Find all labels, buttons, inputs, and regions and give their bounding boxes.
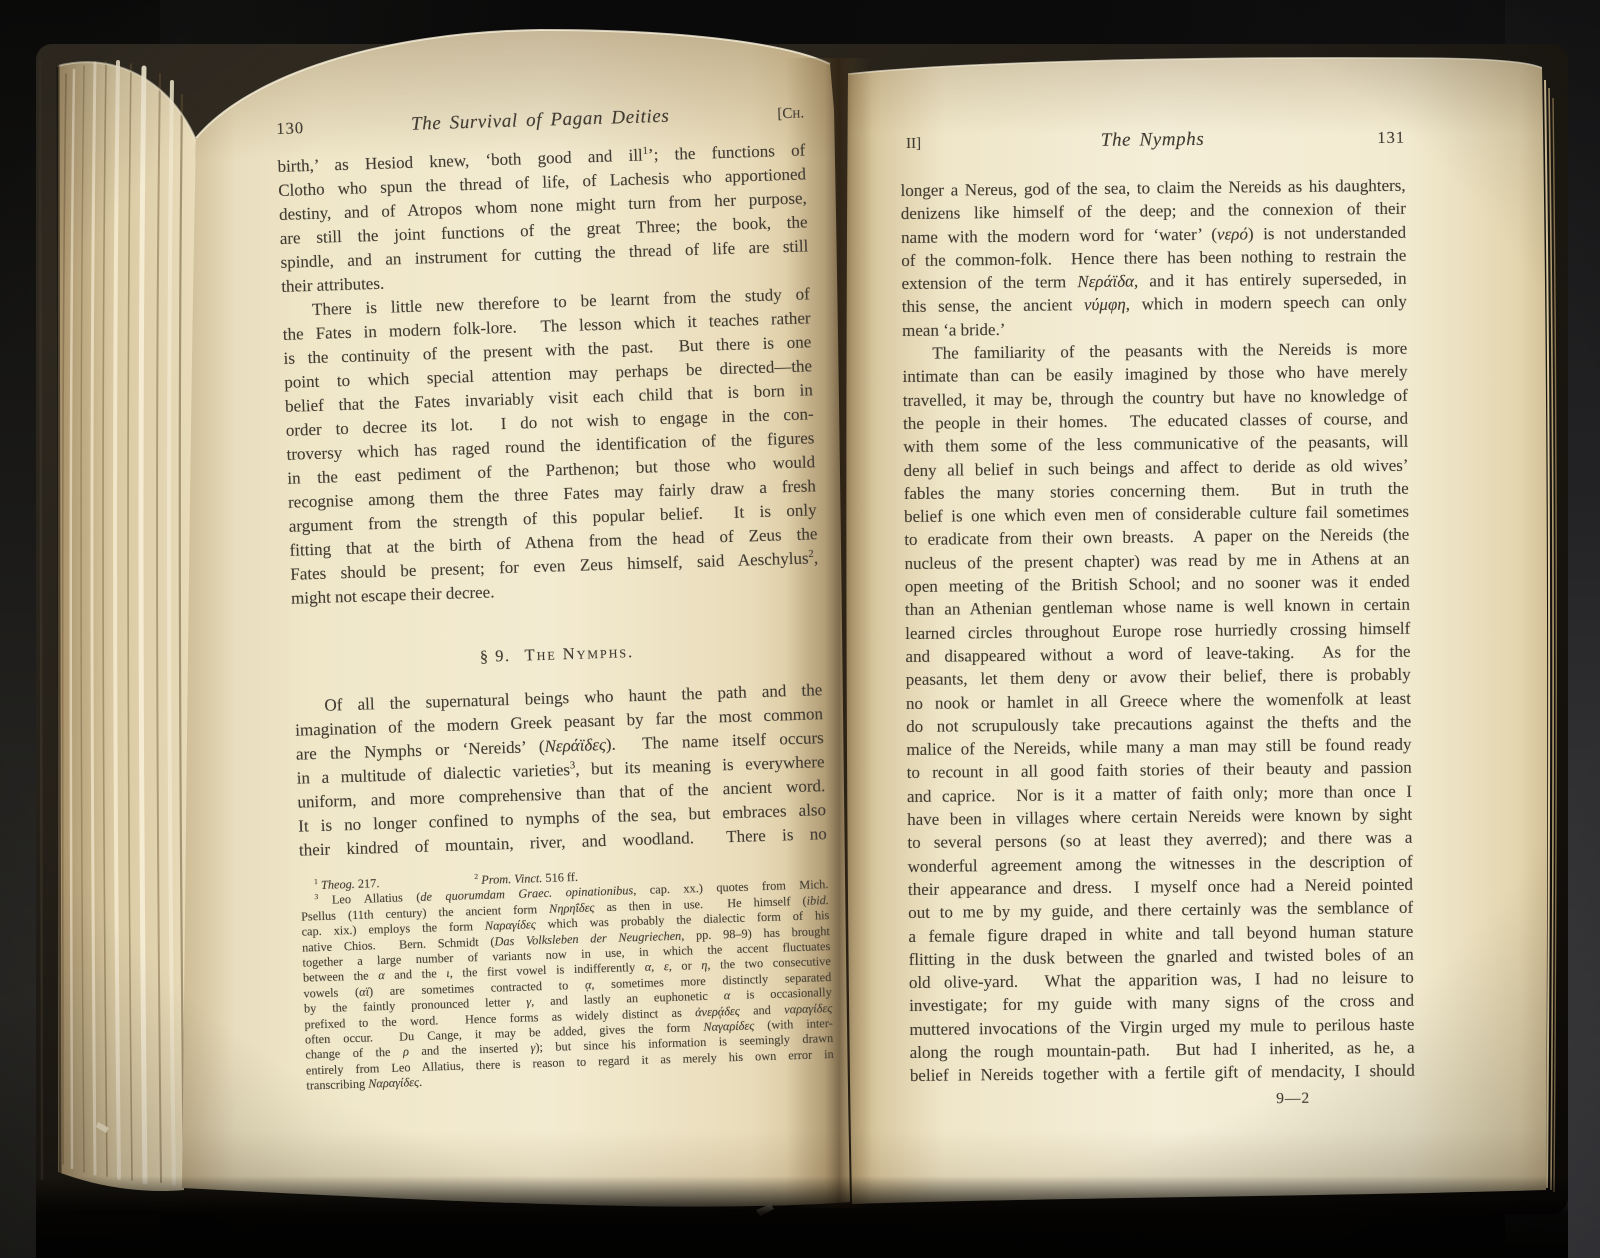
running-title: The Nymphs	[1101, 129, 1205, 152]
page-number: 131	[1377, 127, 1405, 149]
right-page: II] The Nymphs 131 longer a Nereus, god …	[900, 127, 1415, 1112]
section-number: § 9.	[480, 646, 511, 666]
left-page: 130 The Survival of Pagan Deities [Ch. b…	[276, 101, 834, 1094]
section-heading: § 9.The Nymphs.	[293, 636, 821, 673]
paragraph: The familiarity of the peasants with the…	[902, 337, 1415, 1088]
paragraph: birth,’ as Hesiod knew, ‘both good and i…	[277, 138, 809, 299]
right-page-header: II] The Nymphs 131	[900, 127, 1405, 155]
chapter-mark: II]	[906, 133, 921, 155]
paragraph: There is little new therefore to be lear…	[282, 282, 820, 610]
section-title: The Nymphs.	[524, 642, 634, 664]
text-line: belief in Nereids together with a fertil…	[910, 1059, 1415, 1088]
footnote-3: 3 Leo Allatius (de quorumdam Graec. opin…	[300, 877, 834, 1094]
footnotes: 1 Theog. 217. 2 Prom. Vinct. 516 ff. 3 L…	[300, 862, 835, 1094]
chapter-mark: [Ch.	[777, 102, 804, 125]
page-number: 130	[276, 117, 304, 140]
paragraph: longer a Nereus, god of the sea, to clai…	[900, 174, 1407, 342]
paragraph: Of all the supernatural beings who haunt…	[294, 678, 827, 863]
book-photograph: 130 The Survival of Pagan Deities [Ch. b…	[0, 0, 1600, 1258]
